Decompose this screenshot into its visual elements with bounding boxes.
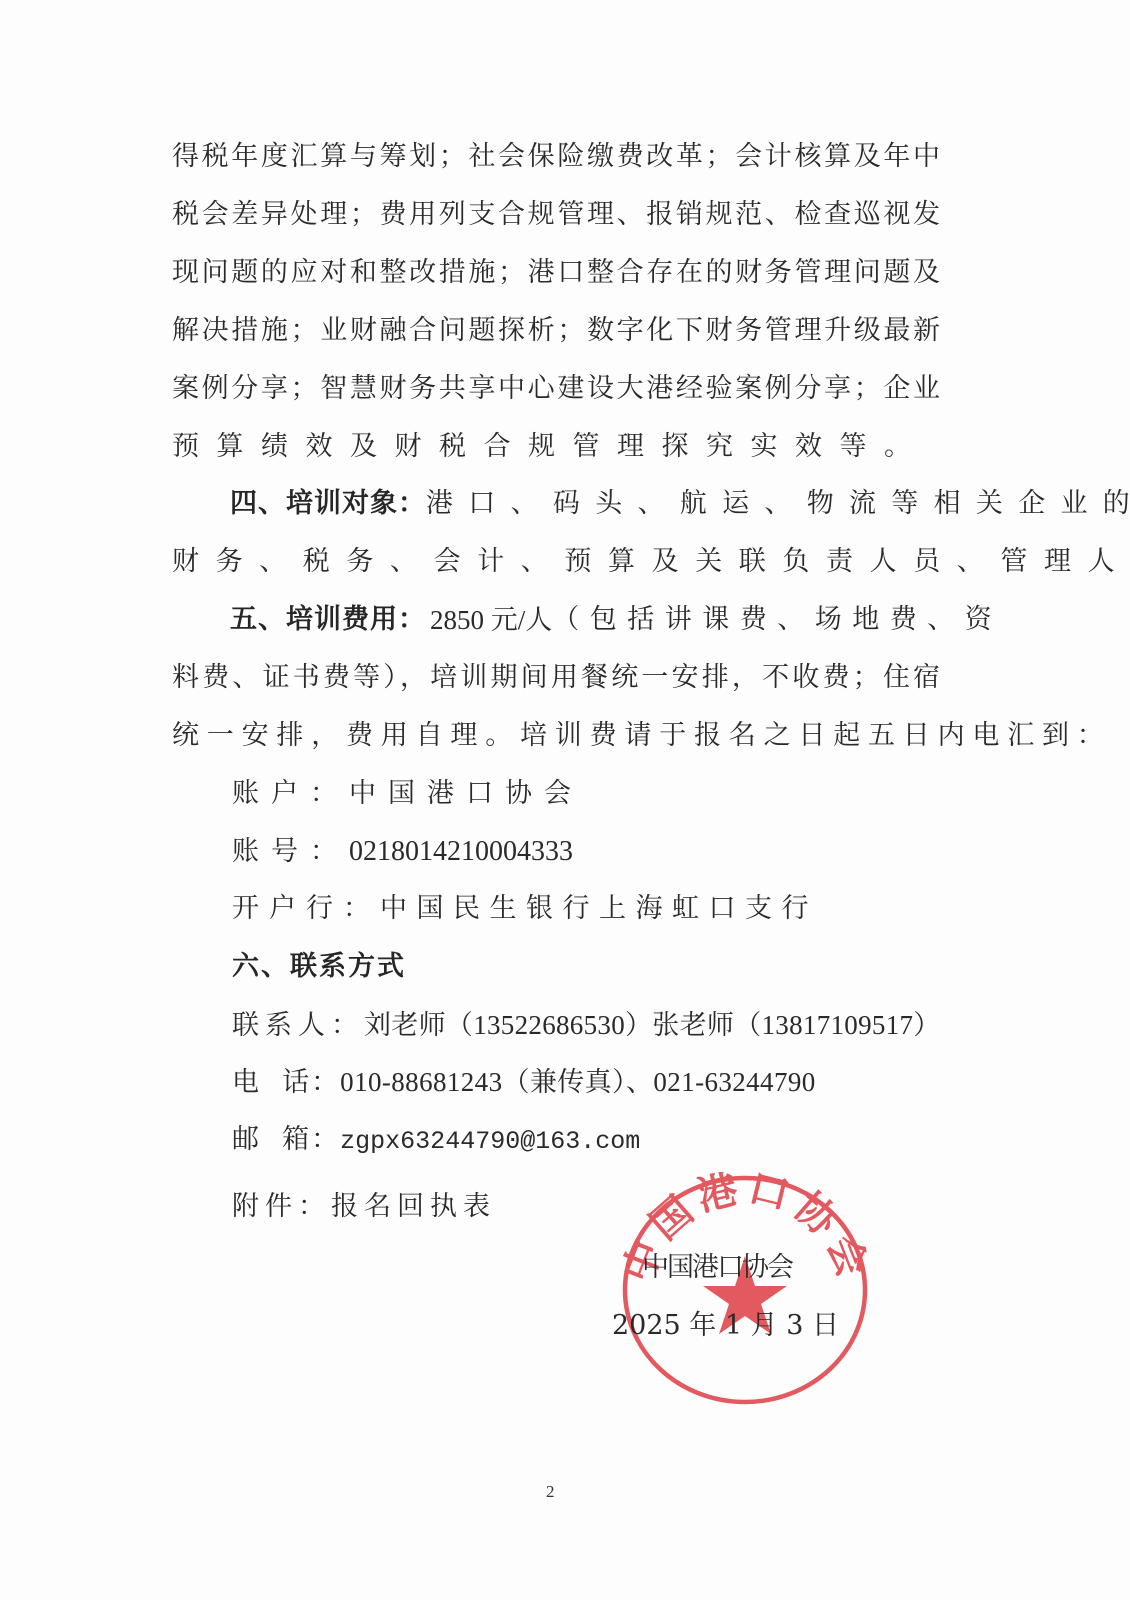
phone-value: 010-88681243（兼传真）、021-63244790 [340,1067,815,1097]
phone-row: 电 话：010-88681243（兼传真）、021-63244790 [232,1062,816,1102]
email-value: zgpx63244790@163.com [340,1127,640,1156]
phone-label: 电 话： [232,1067,340,1098]
section-6-heading: 六、联系方式 [232,947,406,987]
attachment-label: 附件： [232,1191,331,1222]
section-5-line-2: 料费、证书费等），培训期间用餐统一安排，不收费；住宿 [172,658,940,698]
account-name-label: 账户： [232,778,349,809]
bank-value: 中国民生银行上海虹口支行 [380,893,818,924]
section-5-line-3: 统一安排，费用自理。培训费请于报名之日起五日内电汇到： [172,716,1112,756]
section-5-line-1: 五、培训费用： 2850 元/人 （包括讲课费、场地费、资 [230,600,942,640]
topics-line-4: 解决措施；业财融合问题探析；数字化下财务管理升级最新 [172,311,940,351]
contacts-row: 联系人：刘老师（13522686530）张老师（13817109517） [232,1005,941,1045]
contacts-value: 刘老师（13522686530）张老师（13817109517） [364,1010,941,1040]
email-label: 邮 箱： [232,1124,340,1155]
topics-line-2: 税会差异处理；费用列支合规管理、报销规范、检查巡视发 [172,195,940,235]
section-4-line-1: 四、培训对象： 港口、码头、航运、物流等相关企业的 [230,484,940,524]
topics-line-5: 案例分享；智慧财务共享中心建设大港经验案例分享；企业 [172,369,940,409]
topics-line-6: 预算绩效及财税合规管理探究实效等。 [172,427,929,467]
page-number: 2 [546,1482,555,1502]
account-name-value: 中国港口协会 [349,778,583,809]
account-number-value: 0218014210004333 [349,836,573,867]
attachment-value: 报名回执表 [331,1191,496,1222]
section-5-text: （包括讲课费、场地费、资 [552,600,1002,640]
account-number-label: 账号： [232,836,349,867]
attachment-row: 附件：报名回执表 [232,1187,496,1227]
section-4-heading: 四、培训对象： [230,484,426,524]
topics-line-3: 现问题的应对和整改措施；港口整合存在的财务管理问题及 [172,253,940,293]
section-4-text: 港口、码头、航运、物流等相关企业的 [426,484,1130,524]
email-row: 邮 箱：zgpx63244790@163.com [232,1120,640,1160]
official-seal-stamp: 中国港口协会 [622,1172,870,1408]
signature-organization: 中国港口协会 [642,1250,792,1286]
signature-date: 2025 年 1 月 3 日 [612,1308,839,1344]
contacts-label: 联系人： [232,1010,364,1041]
account-number-row: 账号：0218014210004333 [232,832,573,872]
section-5-heading: 五、培训费用： [230,600,426,640]
bank-row: 开户行：中国民生银行上海虹口支行 [232,889,818,929]
document-page: 得税年度汇算与筹划；社会保险缴费改革；会计核算及年中 税会差异处理；费用列支合规… [0,0,1130,1600]
account-name-row: 账户：中国港口协会 [232,774,583,814]
bank-label: 开户行： [232,893,380,924]
topics-line-1: 得税年度汇算与筹划；社会保险缴费改革；会计核算及年中 [172,137,940,177]
training-fee: 2850 元/人 [430,600,552,640]
section-4-line-2: 财务、税务、会计、预算及关联负责人员、管理人员等。 [172,542,1130,582]
